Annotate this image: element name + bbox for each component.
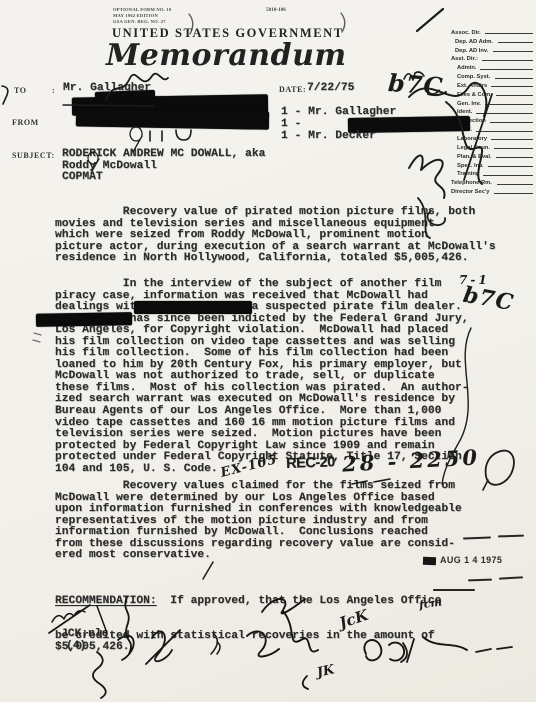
routing-label: Director Sec'y bbox=[451, 189, 490, 195]
typist-initials: JCK:nlc bbox=[61, 629, 108, 641]
routing-label: Training bbox=[457, 172, 479, 178]
body-paragraph-1: Recovery value of pirated motion picture… bbox=[55, 207, 496, 265]
redaction-bar bbox=[76, 108, 269, 129]
routing-row: Spec. Inv. bbox=[451, 160, 534, 169]
routing-row: Legal Coun. bbox=[451, 142, 534, 151]
routing-blank-line bbox=[480, 69, 533, 70]
routing-label: Telephone Rm. bbox=[451, 180, 492, 186]
routing-blank-line bbox=[488, 166, 533, 167]
routing-row: Training bbox=[451, 169, 534, 178]
routing-label: Comp. Syst. bbox=[457, 74, 490, 80]
routing-label: Admin. bbox=[457, 65, 477, 71]
routing-blank-line bbox=[482, 60, 533, 61]
routing-label: Gen. Inv. bbox=[457, 101, 481, 107]
doc-title: Memorandum bbox=[106, 38, 347, 73]
routing-label: Laboratory bbox=[457, 136, 487, 142]
routing-blank-line bbox=[495, 78, 533, 79]
routing-blank-line bbox=[483, 175, 533, 176]
routing-row: Dep. AD Adm. bbox=[451, 36, 534, 45]
received-date-stamp: AUG 1 4 1975 bbox=[440, 555, 502, 565]
routing-blank-line bbox=[490, 122, 533, 123]
circled-flourish bbox=[486, 451, 514, 485]
routing-row: Ext. Affairs bbox=[451, 80, 534, 89]
to-label: TO bbox=[14, 86, 27, 95]
under-bar-marks bbox=[150, 130, 191, 141]
routing-blank-line bbox=[496, 95, 533, 96]
routing-blank-line bbox=[497, 184, 533, 185]
slash-mark bbox=[417, 9, 443, 31]
memo-page: OPTIONAL FORM NO. 10 MAY 1962 EDITION GS… bbox=[0, 0, 536, 702]
routing-blank-line bbox=[494, 193, 533, 194]
recommendation-lines: be credited with statistical recoveries … bbox=[55, 631, 441, 654]
routing-blank-line bbox=[491, 86, 533, 87]
routing-row: Plan. & Eval. bbox=[451, 151, 534, 160]
dash-mark bbox=[463, 537, 491, 540]
signature-scribble bbox=[303, 676, 308, 689]
routing-blank-line bbox=[485, 104, 533, 105]
redaction-bar bbox=[36, 312, 132, 327]
from-label: FROM bbox=[12, 118, 39, 127]
routing-blank-line bbox=[496, 157, 533, 158]
routing-row: Files & Com. bbox=[451, 89, 534, 98]
routing-blank-line bbox=[493, 51, 533, 52]
recommendation-paragraph: RECOMMENDATION: If approved, that the Lo… bbox=[55, 573, 441, 677]
routing-label: Asst. Dir.: bbox=[451, 57, 478, 63]
dash-mark bbox=[499, 576, 523, 580]
subject-label: SUBJECT: bbox=[12, 151, 55, 160]
routing-blank-line bbox=[498, 42, 533, 43]
routing-row: Asst. Dir.: bbox=[451, 54, 534, 63]
routing-label: Ident. bbox=[457, 110, 472, 116]
recommendation-label: RECOMMENDATION: bbox=[55, 595, 157, 607]
routing-label: Dep. AD Adm. bbox=[455, 39, 493, 45]
routing-row: Telephone Rm. bbox=[451, 177, 534, 186]
body-paragraph-2: In the interview of the subject of anoth… bbox=[55, 279, 469, 475]
routing-row: Comp. Syst. bbox=[451, 71, 534, 80]
routing-blank-line bbox=[491, 139, 533, 140]
routing-row: Dep. AD Inv. bbox=[451, 45, 534, 54]
routing-row: Gen. Inv. bbox=[451, 98, 534, 107]
rec-stamp: REC-20 bbox=[286, 454, 335, 472]
routing-label: Legal Coun. bbox=[457, 145, 490, 151]
copy-count: (4) bbox=[66, 641, 86, 653]
dash-mark bbox=[498, 535, 524, 538]
routing-row: Laboratory bbox=[451, 133, 534, 142]
body-paragraph-3: Recovery values claimed for the films se… bbox=[55, 481, 462, 562]
to-colon: : bbox=[52, 86, 55, 95]
b7c-exemption-annotation: b7C bbox=[387, 68, 444, 101]
recommendation-rest: If approved, that the Los Angeles Office bbox=[157, 595, 442, 607]
form-code: 5010-106 bbox=[266, 7, 286, 13]
routing-row: Admin. bbox=[451, 62, 534, 71]
margin-tick bbox=[2, 86, 8, 104]
circled-flourish bbox=[483, 480, 488, 490]
routing-label: Plan. & Eval. bbox=[457, 154, 492, 160]
routing-label: Spec. Inv. bbox=[457, 163, 483, 169]
form-small-print: OPTIONAL FORM NO. 10 MAY 1962 EDITION GS… bbox=[113, 7, 171, 25]
form-small-print-line: GSA GEN. REG. NO. 27 bbox=[113, 19, 171, 25]
subject-flourish bbox=[409, 155, 445, 198]
routing-row: Director Sec'y bbox=[451, 186, 534, 195]
routing-label: Assoc. Dir. bbox=[451, 30, 481, 36]
dash-mark bbox=[468, 579, 492, 582]
routing-label: Files & Com. bbox=[457, 92, 492, 98]
routing-blank-line bbox=[476, 131, 533, 132]
routing-blank-line bbox=[476, 113, 533, 114]
date-value: 7/22/75 bbox=[307, 83, 354, 95]
cc-line: 1 - bbox=[281, 119, 301, 131]
routing-row: Ident. bbox=[451, 107, 534, 116]
cc-line: 1 - Mr. Decker bbox=[281, 131, 376, 143]
stamp-blob bbox=[423, 557, 436, 565]
subject-lines: RODERICK ANDREW MC DOWALL, aka Roddy McD… bbox=[62, 149, 265, 184]
b7c-exemption-annotation: b7C bbox=[461, 282, 516, 316]
routing-blank-line bbox=[494, 148, 533, 149]
routing-row: Assoc. Dir. bbox=[451, 27, 534, 36]
margin-tick bbox=[33, 333, 41, 342]
signature-initials: JK bbox=[316, 662, 336, 680]
redaction-bar bbox=[134, 301, 252, 314]
routing-label: Dep. AD Inv. bbox=[455, 48, 488, 54]
signature-scribble bbox=[476, 647, 512, 652]
routing-blank-line bbox=[485, 33, 533, 34]
routing-stamp: Assoc. Dir. Dep. AD Adm. Dep. AD Inv. As… bbox=[451, 27, 534, 195]
routing-label: Ext. Affairs bbox=[457, 83, 487, 89]
recommendation-line1: RECOMMENDATION: If approved, that the Lo… bbox=[55, 596, 441, 608]
date-label: DATE: bbox=[279, 85, 306, 94]
